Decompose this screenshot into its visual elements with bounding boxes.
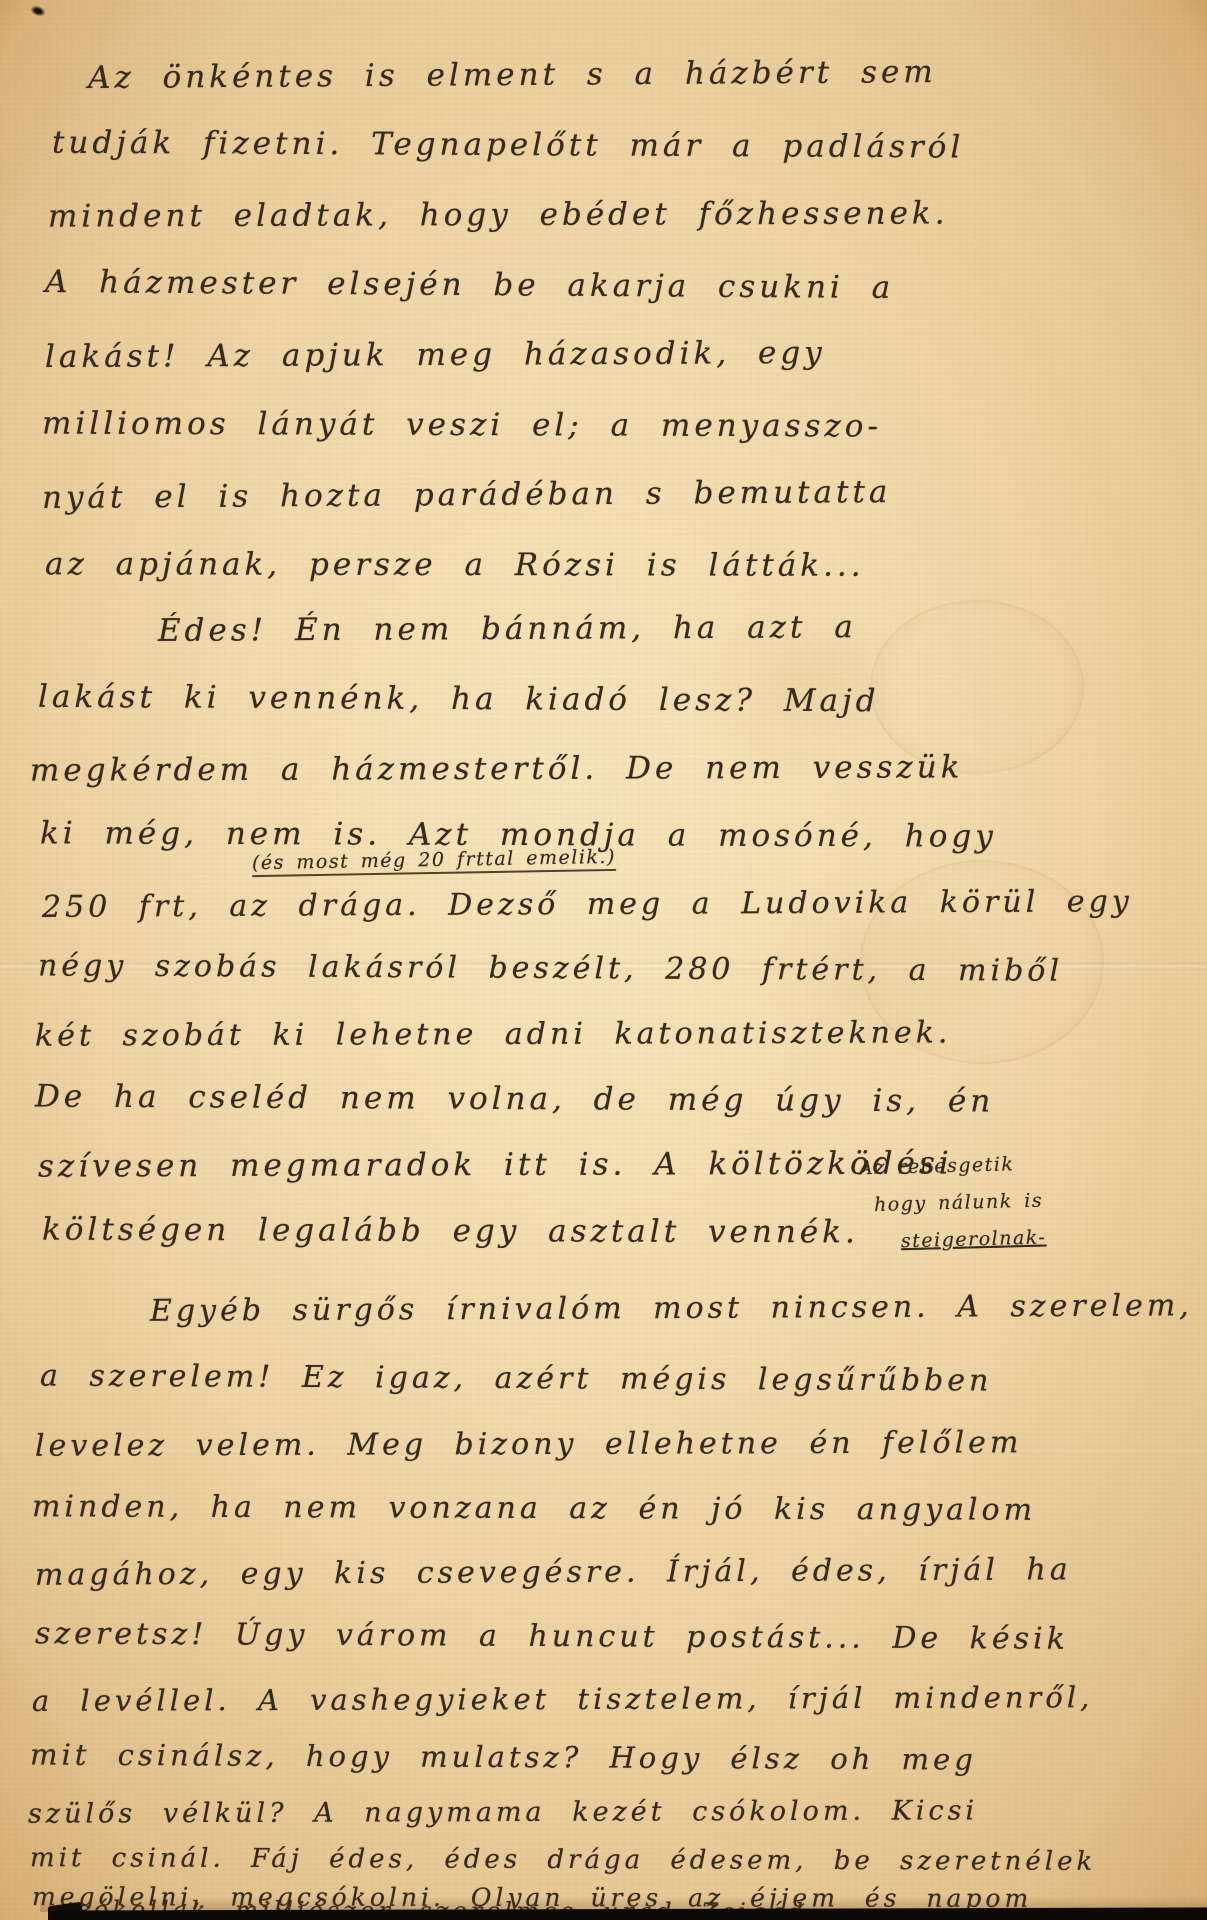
handwritten-line: mindent eladtak, hogy ebédet főzhessenek… (48, 196, 949, 233)
handwritten-line: szívesen megmaradok itt is. A költözködé… (38, 1146, 953, 1183)
margin-annotation-line: steigerolnak- (901, 1216, 1192, 1261)
handwritten-line: Az önkéntes is elment s a házbért sem (88, 55, 937, 95)
handwritten-line: szeretsz! Úgy várom a huncut postást... … (35, 1617, 1069, 1655)
handwritten-line: De ha cseléd nem volna, de még úgy is, é… (35, 1079, 994, 1118)
handwritten-line: nyát el is hozta parádéban s bemutatta (42, 475, 892, 515)
handwritten-line: a szerelem! Ez igaz, azért mégis legsűrű… (40, 1360, 993, 1398)
letter-body: Az önkéntes is elment s a házbért semtud… (0, 0, 1207, 1920)
handwritten-line: megkérdem a házmestertől. De nem vesszük (30, 750, 964, 787)
handwritten-line: tudják fizetni. Tegnapelőtt már a padlás… (52, 126, 964, 165)
handwritten-line: levelez velem. Meg bizony ellehetne én f… (35, 1426, 1022, 1462)
handwritten-line: Egyéb sürgős írnivalóm most nincsen. A s… (150, 1289, 1193, 1327)
handwritten-line: lakást ki vennénk, ha kiadó lesz? Majd (38, 680, 880, 718)
handwritten-line: a levéllel. A vashegyieket tisztelem, ír… (32, 1682, 1093, 1718)
scan-edge-artifact (48, 1907, 1207, 1920)
handwritten-line: lakást! Az apjuk meg házasodik, egy (45, 336, 826, 374)
margin-annotation: Az rebesgetik hogy nálunk is steigerolna… (859, 1142, 1192, 1262)
handwritten-line: mit csinál. Fáj édes, édes drága édesem,… (30, 1844, 1096, 1876)
handwritten-line: négy szobás lakásról beszélt, 280 frtért… (38, 949, 1063, 987)
handwritten-line: költségen legalább egy asztalt vennék. (42, 1213, 859, 1250)
handwritten-line: Édes! Én nem bánnám, ha azt a (158, 610, 857, 648)
letter-page: Az önkéntes is elment s a házbért semtud… (0, 0, 1207, 1920)
handwritten-line: A házmester elsején be akarja csukni a (45, 265, 894, 305)
handwritten-line: milliomos lányát veszi el; a menyasszo- (42, 407, 882, 444)
handwritten-line: 250 frt, az drága. Dezső meg a Ludovika … (42, 885, 1133, 924)
handwritten-line: az apjának, persze a Rózsi is látták... (45, 547, 865, 583)
handwritten-line: két szobát ki lehetne adni katonatisztek… (35, 1016, 952, 1052)
handwritten-line: mit csinálsz, hogy mulatsz? Hogy élsz oh… (30, 1740, 977, 1777)
handwritten-line: minden, ha nem vonzana az én jó kis angy… (32, 1490, 1036, 1527)
handwritten-line: szülős vélkül? A nagymama kezét csókolom… (28, 1796, 978, 1829)
handwritten-line: magához, egy kis csevegésre. Írjál, édes… (35, 1553, 1072, 1591)
